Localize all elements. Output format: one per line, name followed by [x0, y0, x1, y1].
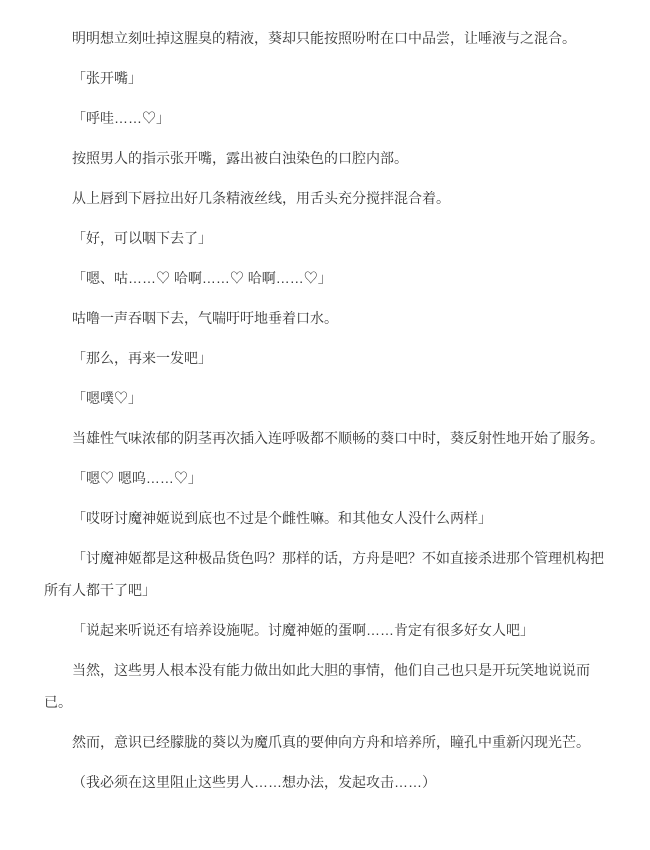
- paragraph-dialogue: 「那么，再来一发吧」: [44, 342, 606, 374]
- paragraph: 然而，意识已经朦胧的葵以为魔爪真的要伸向方舟和培养所，瞳孔中重新闪现光芒。: [44, 726, 606, 758]
- paragraph-thought: （我必须在这里阻止这些男人……想办法，发起攻击……）: [44, 766, 606, 798]
- paragraph-dialogue: 「嗯♡ 嗯呜……♡」: [44, 462, 606, 494]
- paragraph-list: 明明想立刻吐掉这腥臭的精液，葵却只能按照吩咐在口中品尝，让唾液与之混合。 「张开…: [44, 22, 606, 798]
- paragraph-dialogue: 「嗯、咕……♡ 哈啊……♡ 哈啊……♡」: [44, 262, 606, 294]
- paragraph: 咕噜一声吞咽下去，气喘吁吁地垂着口水。: [44, 302, 606, 334]
- paragraph-dialogue: 「呼哇……♡」: [44, 102, 606, 134]
- paragraph-dialogue: 「张开嘴」: [44, 62, 606, 94]
- paragraph: 当然，这些男人根本没有能力做出如此大胆的事情，他们自己也只是开玩笑地说说而已。: [44, 654, 606, 718]
- paragraph: 当雄性气味浓郁的阴茎再次插入连呼吸都不顺畅的葵口中时，葵反射性地开始了服务。: [44, 422, 606, 454]
- paragraph-dialogue: 「哎呀讨魔神姬说到底也不过是个雌性嘛。和其他女人没什么两样」: [44, 502, 606, 534]
- paragraph: 按照男人的指示张开嘴，露出被白浊染色的口腔内部。: [44, 142, 606, 174]
- paragraph-dialogue: 「嗯噗♡」: [44, 382, 606, 414]
- paragraph-dialogue: 「好，可以咽下去了」: [44, 222, 606, 254]
- paragraph-dialogue: 「讨魔神姬都是这种极品货色吗？那样的话，方舟是吧？不如直接杀进那个管理机构把所有…: [44, 542, 606, 606]
- paragraph: 明明想立刻吐掉这腥臭的精液，葵却只能按照吩咐在口中品尝，让唾液与之混合。: [44, 22, 606, 54]
- paragraph: 从上唇到下唇拉出好几条精液丝线，用舌头充分搅拌混合着。: [44, 182, 606, 214]
- novel-text-page: 明明想立刻吐掉这腥臭的精液，葵却只能按照吩咐在口中品尝，让唾液与之混合。 「张开…: [0, 0, 650, 850]
- paragraph-dialogue: 「说起来听说还有培养设施呢。讨魔神姬的蛋啊……肯定有很多好女人吧」: [44, 614, 606, 646]
